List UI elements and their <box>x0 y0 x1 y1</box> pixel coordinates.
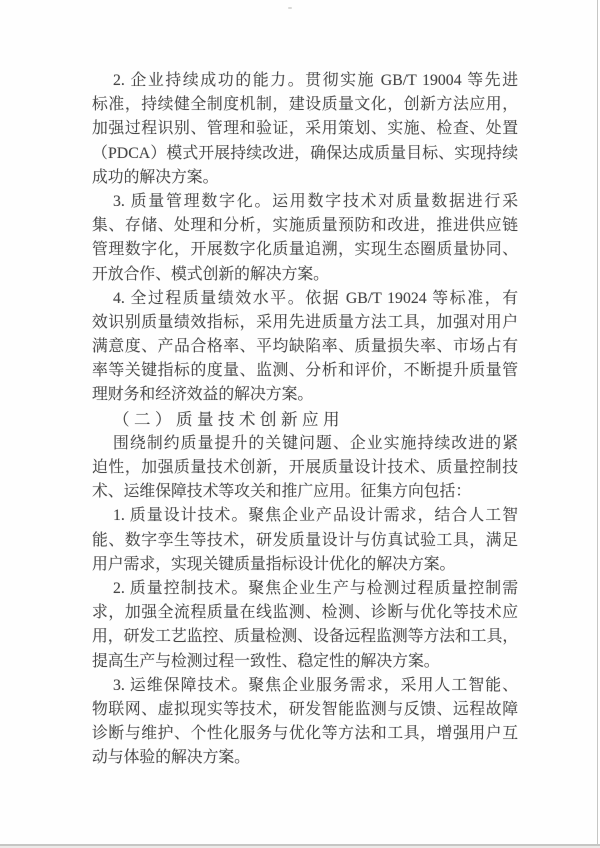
paragraph-line: 2. 质量控制技术。聚焦企业生产与检测过程质量控制需 <box>92 577 518 601</box>
paragraph-line: 围绕制约质量提升的关键问题、企业实施持续改进的紧 <box>92 432 518 456</box>
paragraph-line: 3. 运维保障技术。聚焦企业服务需求，采用人工智能、 <box>92 674 518 698</box>
paragraph-line: 动与体验的解决方案。 <box>92 746 518 770</box>
paragraph-line: 理财务和经济效益的解决方案。 <box>92 383 518 407</box>
paragraph-line: 集、存储、处理和分析，实施质量预防和改进，推进供应链 <box>92 214 518 238</box>
document-text-block: 2. 企业持续成功的能力。贯彻实施 GB/T 19004 等先进 标准，持续健全… <box>92 69 518 770</box>
paragraph-line: 物联网、虚拟现实等技术，研发智能监测与反馈、远程故障 <box>92 698 518 722</box>
paragraph-line: 率等关键指标的度量、监测、分析和评价，不断提升质量管 <box>92 359 518 383</box>
paragraph-line: 求，加强全流程质量在线监测、检测、诊断与优化等技术应 <box>92 601 518 625</box>
paragraph-line: （PDCA）模式开展持续改进，确保达成质量目标、实现持续 <box>92 142 518 166</box>
paragraph: 2. 企业持续成功的能力。贯彻实施 GB/T 19004 等先进 标准，持续健全… <box>92 69 518 190</box>
paragraph-line: 迫性，加强质量技术创新，开展质量设计技术、质量控制技 <box>92 456 518 480</box>
paragraph: 3. 质量管理数字化。运用数字技术对质量数据进行采 集、存储、处理和分析，实施质… <box>92 190 518 287</box>
paragraph-line: 加强过程识别、管理和验证，采用策划、实施、检查、处置 <box>92 117 518 141</box>
scanned-document-page: 2. 企业持续成功的能力。贯彻实施 GB/T 19004 等先进 标准，持续健全… <box>0 0 600 848</box>
page-right-edge <box>597 0 598 848</box>
paragraph-line: 诊断与维护、个性化服务与优化等方法和工具，增强用户互 <box>92 722 518 746</box>
paragraph-line: 提高生产与检测过程一致性、稳定性的解决方案。 <box>92 650 518 674</box>
paragraph-line: 用，研发工艺监控、质量检测、设备远程监测等方法和工具， <box>92 625 518 649</box>
paragraph-line: 管理数字化，开展数字化质量追溯，实现生态圈质量协同、 <box>92 238 518 262</box>
paragraph-line: 4. 全过程质量绩效水平。依据 GB/T 19024 等标准，有 <box>92 287 518 311</box>
paragraph-line: 满意度、产品合格率、平均缺陷率、质量损失率、市场占有 <box>92 335 518 359</box>
paragraph-line: 1. 质量设计技术。聚焦企业产品设计需求，结合人工智 <box>92 504 518 528</box>
paragraph-line: 成功的解决方案。 <box>92 166 518 190</box>
paragraph-line: 3. 质量管理数字化。运用数字技术对质量数据进行采 <box>92 190 518 214</box>
paragraph-line: 开放合作、模式创新的解决方案。 <box>92 263 518 287</box>
paragraph: 1. 质量设计技术。聚焦企业产品设计需求，结合人工智 能、数字孪生等技术，研发质… <box>92 504 518 577</box>
section-heading: （二）质量技术创新应用 <box>92 408 518 432</box>
paragraph: 2. 质量控制技术。聚焦企业生产与检测过程质量控制需 求，加强全流程质量在线监测… <box>92 577 518 674</box>
paragraph-line: 2. 企业持续成功的能力。贯彻实施 GB/T 19004 等先进 <box>92 69 518 93</box>
scan-artifact-speck <box>288 7 292 9</box>
section-heading-text: （二）质量技术创新应用 <box>92 408 518 432</box>
paragraph-line: 标准，持续健全制度机制，建设质量文化，创新方法应用， <box>92 93 518 117</box>
paragraph-line: 效识别质量绩效指标，采用先进质量方法工具，加强对用户 <box>92 311 518 335</box>
paragraph-line: 用户需求，实现关键质量指标设计优化的解决方案。 <box>92 553 518 577</box>
paragraph-line: 能、数字孪生等技术，研发质量设计与仿真试验工具，满足 <box>92 529 518 553</box>
paragraph: 4. 全过程质量绩效水平。依据 GB/T 19024 等标准，有 效识别质量绩效… <box>92 287 518 408</box>
paragraph: 围绕制约质量提升的关键问题、企业实施持续改进的紧 迫性，加强质量技术创新，开展质… <box>92 432 518 505</box>
paragraph-line: 术、运维保障技术等攻关和推广应用。征集方向包括： <box>92 480 518 504</box>
paragraph: 3. 运维保障技术。聚焦企业服务需求，采用人工智能、 物联网、虚拟现实等技术，研… <box>92 674 518 771</box>
